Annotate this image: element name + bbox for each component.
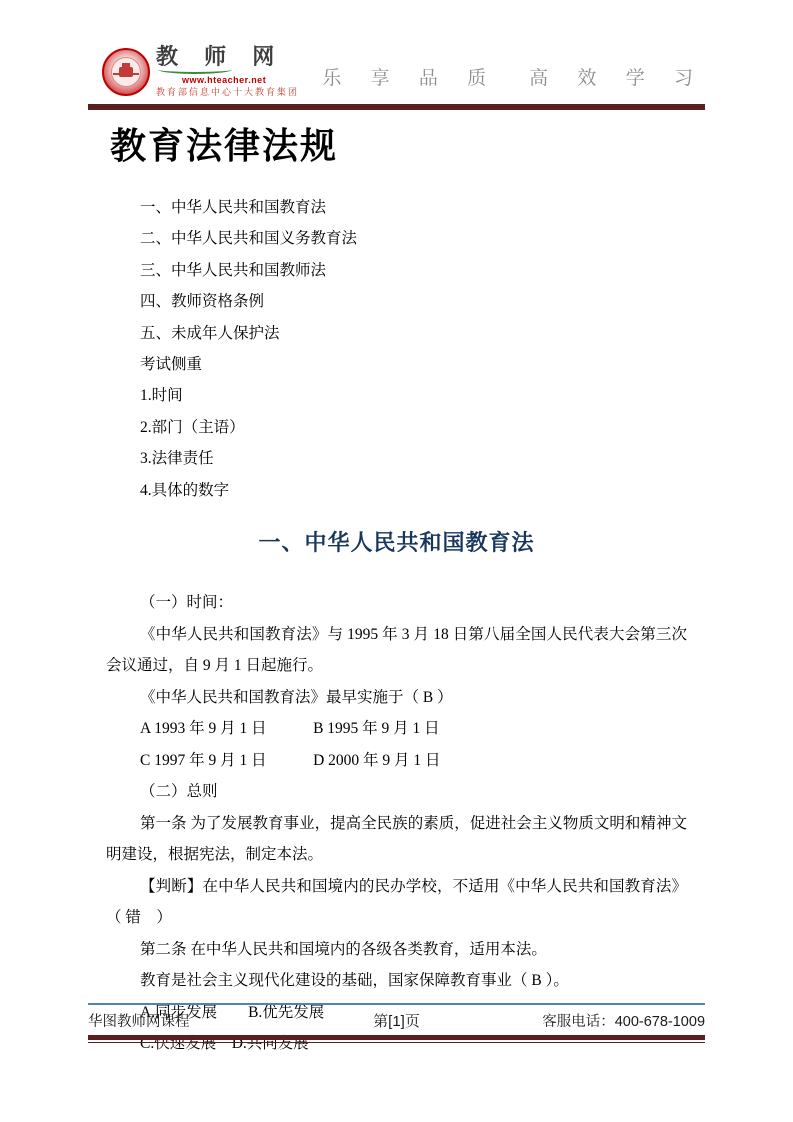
paragraph: 《中华人民共和国教育法》最早实施于（ B ） (106, 682, 687, 714)
exam-focus-heading: 考试侧重 (140, 349, 793, 380)
section-heading: 一、中华人民共和国教育法 (0, 528, 793, 558)
document-page: 教 师 网 www.hteacher.net 教育部信息中心十大教育集团 乐 享… (0, 0, 793, 1122)
logo-underline-arc-icon (158, 65, 232, 74)
paragraph: 第二条 在中华人民共和国境内的各级各类教育，适用本法。 (106, 934, 687, 966)
exam-focus-item: 2.部门（主语） (140, 412, 793, 443)
brand-url: www.hteacher.net (182, 76, 299, 85)
paragraph: （二）总则 (106, 776, 687, 808)
paragraph: 教育是社会主义现代化建设的基础，国家保障教育事业（ B ）。 (106, 965, 687, 997)
exam-focus-item: 1.时间 (140, 380, 793, 411)
logo-text-block: 教 师 网 www.hteacher.net 教育部信息中心十大教育集团 (156, 46, 299, 97)
document-title: 教育法律法规 (110, 124, 793, 168)
paragraph: （一）时间： (106, 587, 687, 619)
answer-options-row: C 1997 年 9 月 1 日 D 2000 年 9 月 1 日 (106, 745, 687, 777)
exam-focus-item: 4.具体的数字 (140, 475, 793, 506)
page-footer: 华图教师网课程 第[1]页 客服电话：400-678-1009 (0, 1003, 793, 1043)
header-rule (88, 104, 705, 110)
page-header: 教 师 网 www.hteacher.net 教育部信息中心十大教育集团 乐 享… (88, 0, 705, 102)
paragraph: 【判断】在中华人民共和国境内的民办学校，不适用《中华人民共和国教育法》（ 错 ） (106, 871, 687, 934)
footer-maroon-rule-thin (88, 1042, 705, 1043)
outline-item: 一、中华人民共和国教育法 (140, 192, 793, 223)
outline-item: 二、中华人民共和国义务教育法 (140, 223, 793, 254)
paragraph: 第一条 为了发展教育事业，提高全民族的素质，促进社会主义物质文明和精神文明建设，… (106, 808, 687, 871)
body-text: （一）时间： 《中华人民共和国教育法》与 1995 年 3 月 18 日第八届全… (106, 587, 687, 1060)
outline-item: 四、教师资格条例 (140, 286, 793, 317)
logo-seal-icon (102, 48, 150, 96)
paragraph: 《中华人民共和国教育法》与 1995 年 3 月 18 日第八届全国人民代表大会… (106, 619, 687, 682)
footer-text-row: 华图教师网课程 第[1]页 客服电话：400-678-1009 (88, 1005, 705, 1031)
footer-service-phone: 客服电话：400-678-1009 (499, 1010, 705, 1031)
outline-item: 五、未成年人保护法 (140, 318, 793, 349)
answer-options-row: A 1993 年 9 月 1 日 B 1995 年 9 月 1 日 (106, 713, 687, 745)
outline-item: 三、中华人民共和国教师法 (140, 255, 793, 286)
header-slogan: 乐 享 品 质 高 效 学 习 (322, 63, 705, 90)
footer-maroon-rule-thick (88, 1035, 705, 1040)
brand-logo: 教 师 网 www.hteacher.net 教育部信息中心十大教育集团 (102, 46, 299, 97)
brand-tagline: 教育部信息中心十大教育集团 (156, 88, 299, 97)
exam-focus-item: 3.法律责任 (140, 443, 793, 474)
footer-course-name: 华图教师网课程 (88, 1010, 294, 1031)
outline-list: 一、中华人民共和国教育法 二、中华人民共和国义务教育法 三、中华人民共和国教师法… (140, 192, 793, 506)
footer-page-number: 第[1]页 (294, 1010, 500, 1031)
